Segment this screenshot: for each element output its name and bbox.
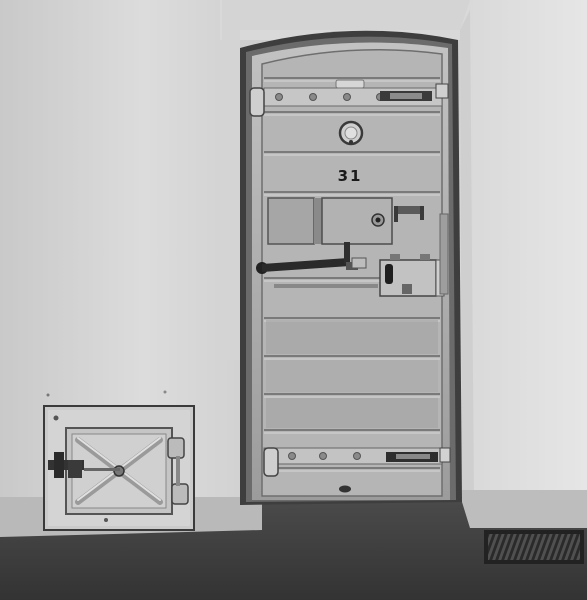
label-plate	[336, 80, 364, 88]
keyhole	[385, 264, 393, 284]
peephole	[340, 122, 362, 144]
lock-box	[380, 254, 444, 296]
photo-scene: 31	[0, 0, 587, 600]
baseboard-right	[462, 490, 587, 528]
drain-grate	[484, 530, 584, 564]
wall-hatch	[44, 406, 194, 530]
cell-door: 31	[250, 43, 450, 500]
wall-right	[460, 0, 587, 500]
prison-door-photo: 31	[0, 0, 587, 600]
door-number: 31	[338, 167, 363, 185]
